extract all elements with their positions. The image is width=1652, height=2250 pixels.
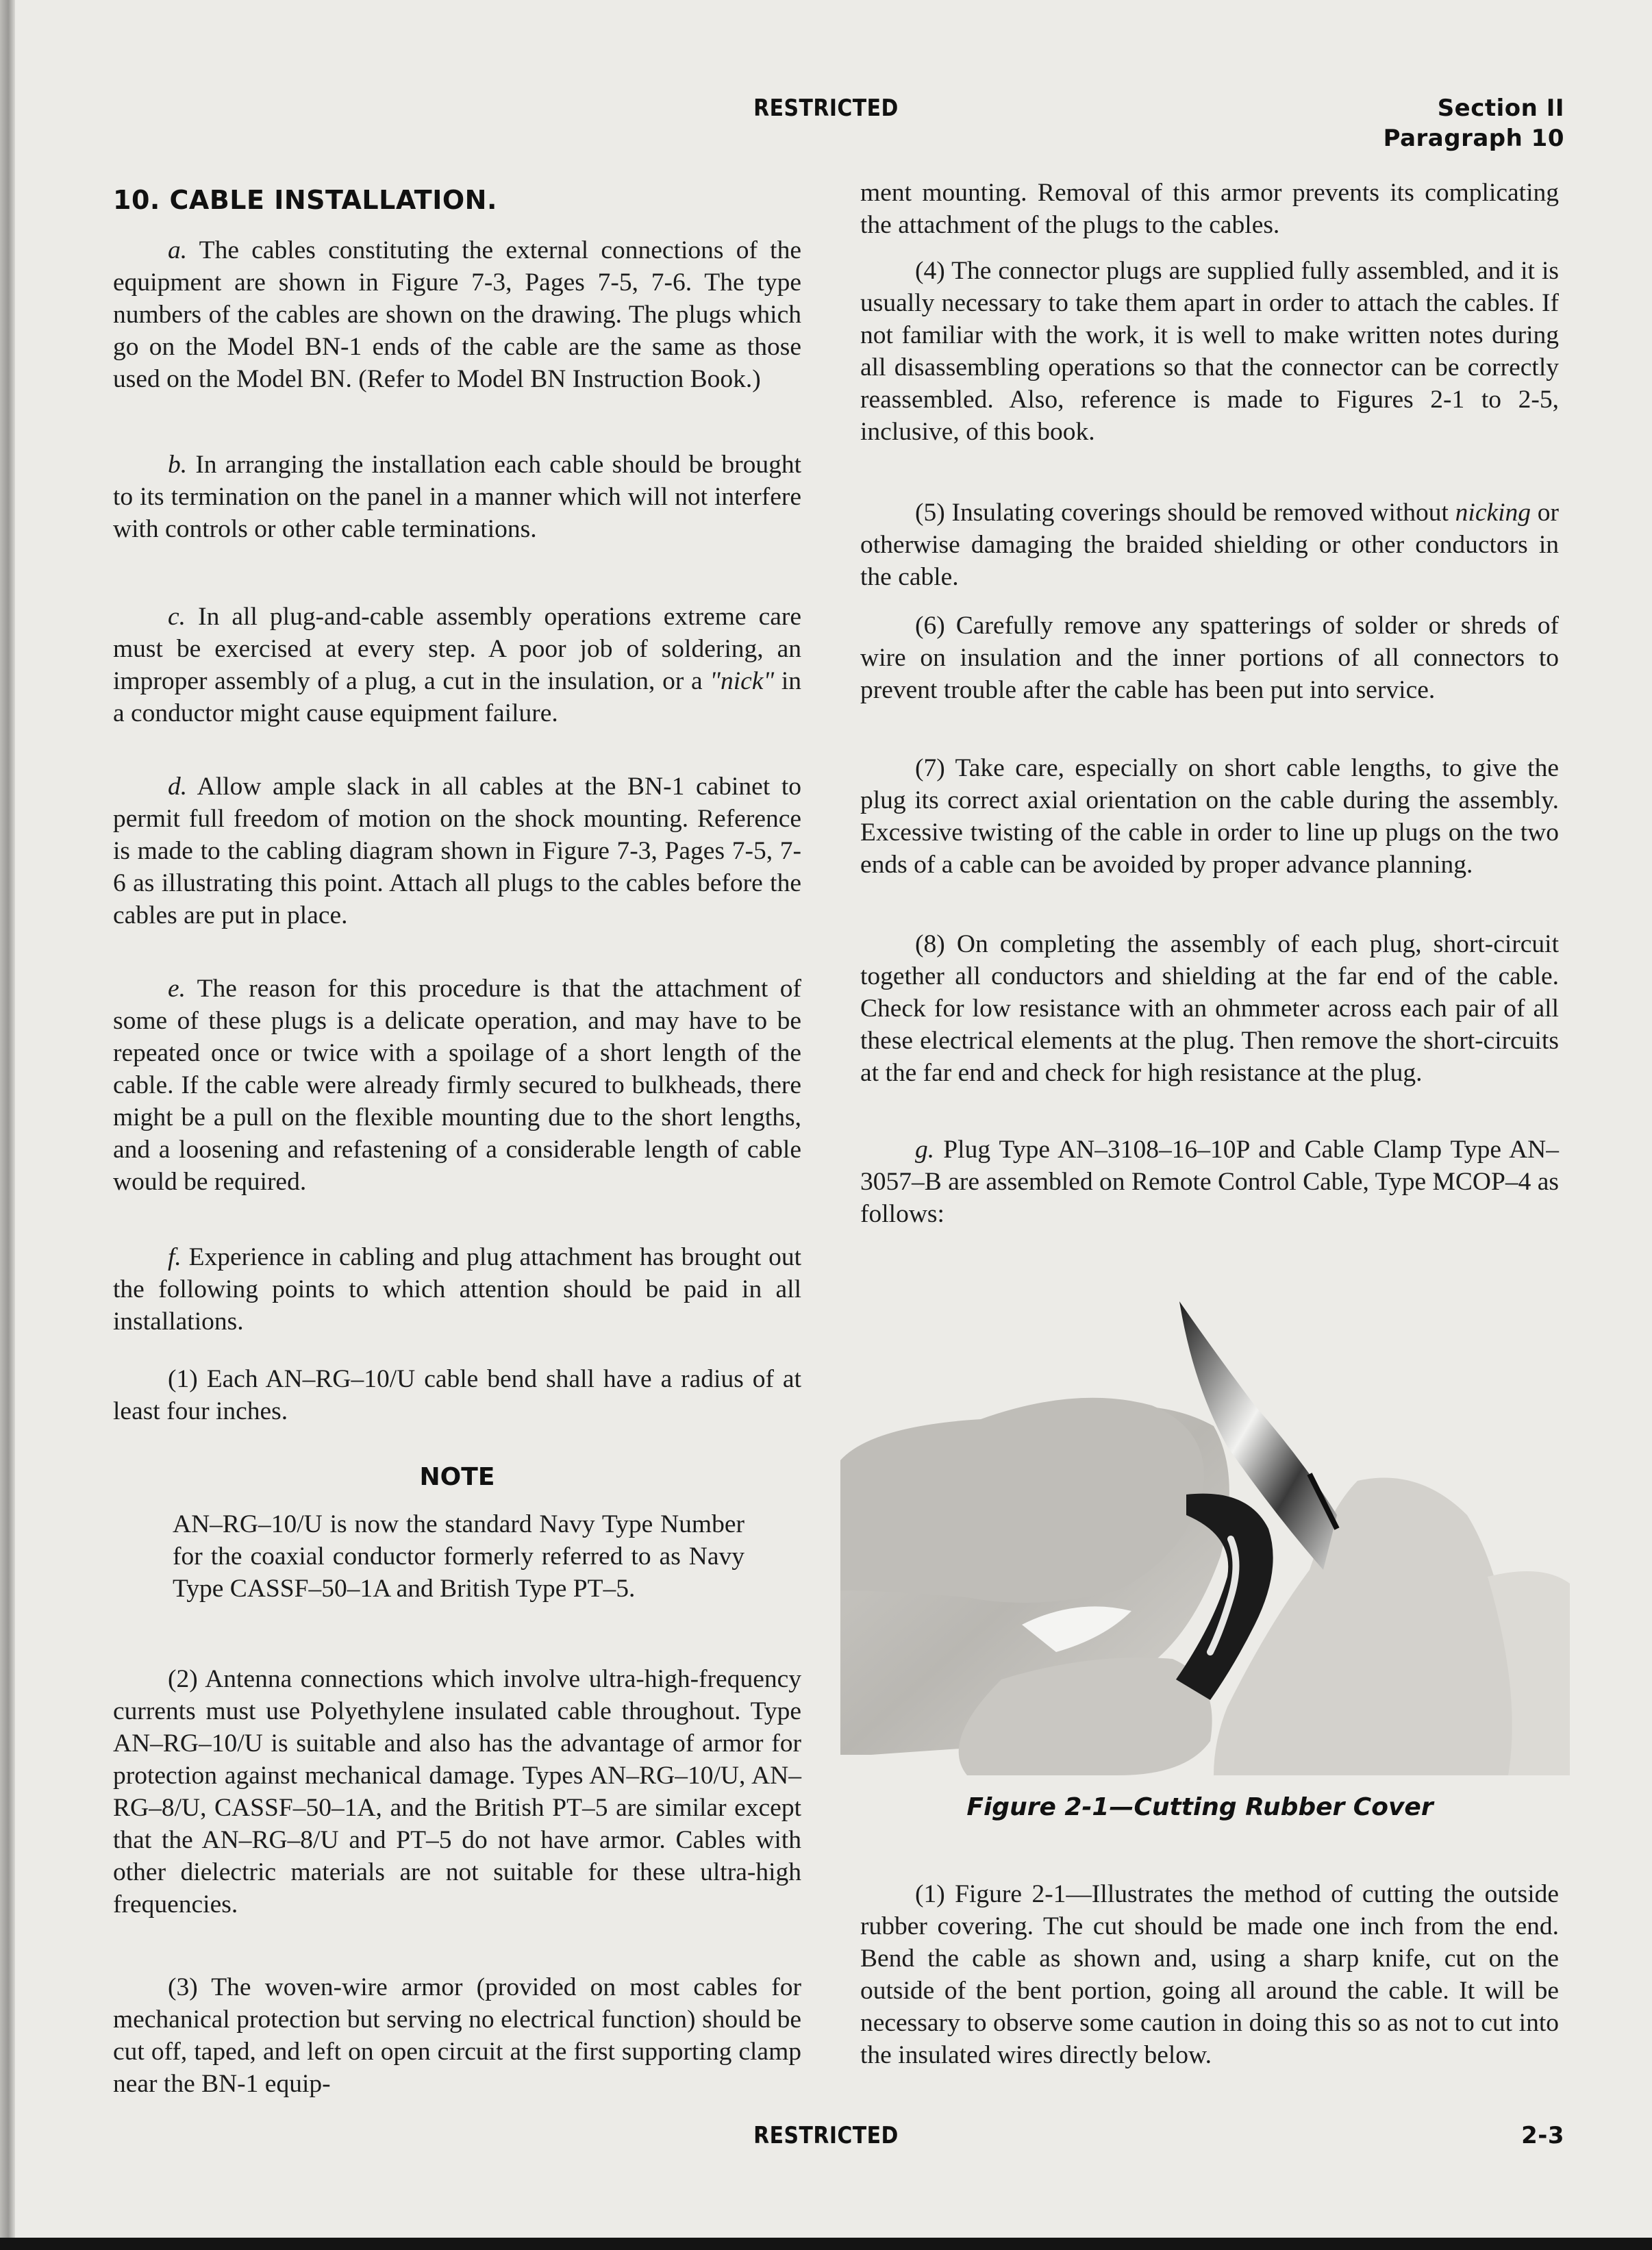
paragraph-f1: (1) Each AN–RG–10/U cable bend shall hav… bbox=[113, 1363, 801, 1427]
paragraph-label: (5) bbox=[915, 499, 945, 527]
paragraph-f2: (2) Antenna connections which involve ul… bbox=[113, 1663, 801, 1921]
note-title: NOTE bbox=[113, 1463, 801, 1491]
paragraph-label: d. bbox=[168, 773, 187, 801]
paragraph-text: Take care, especially on short cable len… bbox=[860, 754, 1559, 879]
paragraph-f5: (5) Insulating coverings should be remov… bbox=[860, 497, 1559, 593]
emphasis-nick: "nick" bbox=[710, 667, 774, 695]
paragraph-label: (1) bbox=[168, 1365, 198, 1393]
paragraph-label: (6) bbox=[915, 612, 945, 640]
paragraph-f7: (7) Take care, especially on short cable… bbox=[860, 752, 1559, 881]
paragraph-text: Antenna connections which involve ultra-… bbox=[113, 1665, 801, 1918]
paragraph-label: (4) bbox=[915, 257, 945, 285]
page-binding-edge bbox=[0, 0, 15, 2250]
scan-bottom-edge bbox=[0, 2238, 1652, 2250]
paragraph-label: b. bbox=[168, 451, 187, 479]
paragraph-f8: (8) On completing the assembly of each p… bbox=[860, 928, 1559, 1089]
emphasis-nicking: nicking bbox=[1455, 499, 1531, 527]
paragraph-text: The cables constituting the external con… bbox=[113, 236, 801, 393]
header-section: Section II bbox=[1384, 93, 1564, 123]
paragraph-label: f. bbox=[168, 1243, 182, 1271]
paragraph-text: Figure 2-1—Illustrates the method of cut… bbox=[860, 1880, 1559, 2069]
figure-2-1-photo bbox=[830, 1268, 1570, 1775]
paragraph-f3-continued: ment mounting. Removal of this armor pre… bbox=[860, 177, 1559, 241]
paragraph-text: The reason for this procedure is that th… bbox=[113, 975, 801, 1196]
paragraph-text: Experience in cabling and plug attachmen… bbox=[113, 1243, 801, 1336]
paragraph-text: In all plug-and-cable assembly operation… bbox=[113, 603, 801, 695]
header-section-paragraph: Section II Paragraph 10 bbox=[1384, 93, 1564, 153]
paragraph-label: e. bbox=[168, 975, 186, 1003]
paragraph-label: c. bbox=[168, 603, 186, 631]
paragraph-text: Insulating coverings should be removed w… bbox=[951, 499, 1455, 527]
paragraph-label: (1) bbox=[915, 1880, 945, 1908]
paragraph-b: b. In arranging the installation each ca… bbox=[113, 449, 801, 545]
header-classification: RESTRICTED bbox=[99, 95, 1553, 122]
paragraph-text: Carefully remove any spatterings of sold… bbox=[860, 612, 1559, 704]
paragraph-label: (7) bbox=[915, 754, 945, 782]
footer-classification: RESTRICTED bbox=[99, 2122, 1553, 2149]
paragraph-label: a. bbox=[168, 236, 187, 264]
section-title: 10. CABLE INSTALLATION. bbox=[113, 185, 497, 215]
note-text: AN–RG–10/U is now the standard Navy Type… bbox=[173, 1508, 744, 1605]
paragraph-d: d. Allow ample slack in all cables at th… bbox=[113, 771, 801, 932]
paragraph-label: (2) bbox=[168, 1665, 198, 1693]
paragraph-text: The connector plugs are supplied fully a… bbox=[860, 257, 1559, 446]
paragraph-e: e. The reason for this procedure is that… bbox=[113, 973, 801, 1198]
page-number: 2-3 bbox=[1521, 2122, 1564, 2149]
paragraph-g: g. Plug Type AN–3108–16–10P and Cable Cl… bbox=[860, 1134, 1559, 1230]
paragraph-text: Each AN–RG–10/U cable bend shall have a … bbox=[113, 1365, 801, 1425]
paragraph-f3: (3) The woven-wire armor (provided on mo… bbox=[113, 1971, 801, 2100]
paragraph-f4: (4) The connector plugs are supplied ful… bbox=[860, 255, 1559, 448]
paragraph-text: In arranging the installation each cable… bbox=[113, 451, 801, 543]
paragraph-c: c. In all plug-and-cable assembly operat… bbox=[113, 601, 801, 729]
paragraph-label: g. bbox=[915, 1136, 934, 1164]
paragraph-text: On completing the assembly of each plug,… bbox=[860, 930, 1559, 1087]
paragraph-f6: (6) Carefully remove any spatterings of … bbox=[860, 610, 1559, 706]
hands-knife-cable-illustration bbox=[830, 1268, 1570, 1775]
paragraph-label: (3) bbox=[168, 1973, 198, 2001]
header-paragraph: Paragraph 10 bbox=[1384, 123, 1564, 153]
paragraph-f: f. Experience in cabling and plug attach… bbox=[113, 1241, 801, 1338]
paragraph-a: a. The cables constituting the external … bbox=[113, 234, 801, 395]
paragraph-label: (8) bbox=[915, 930, 945, 958]
paragraph-text: The woven-wire armor (provided on most c… bbox=[113, 1973, 801, 2098]
paragraph-text: Allow ample slack in all cables at the B… bbox=[113, 773, 801, 929]
paragraph-text: Plug Type AN–3108–16–10P and Cable Clamp… bbox=[860, 1136, 1559, 1228]
figure-caption: Figure 2-1—Cutting Rubber Cover bbox=[830, 1793, 1570, 1821]
paragraph-g1: (1) Figure 2-1—Illustrates the method of… bbox=[860, 1878, 1559, 2071]
